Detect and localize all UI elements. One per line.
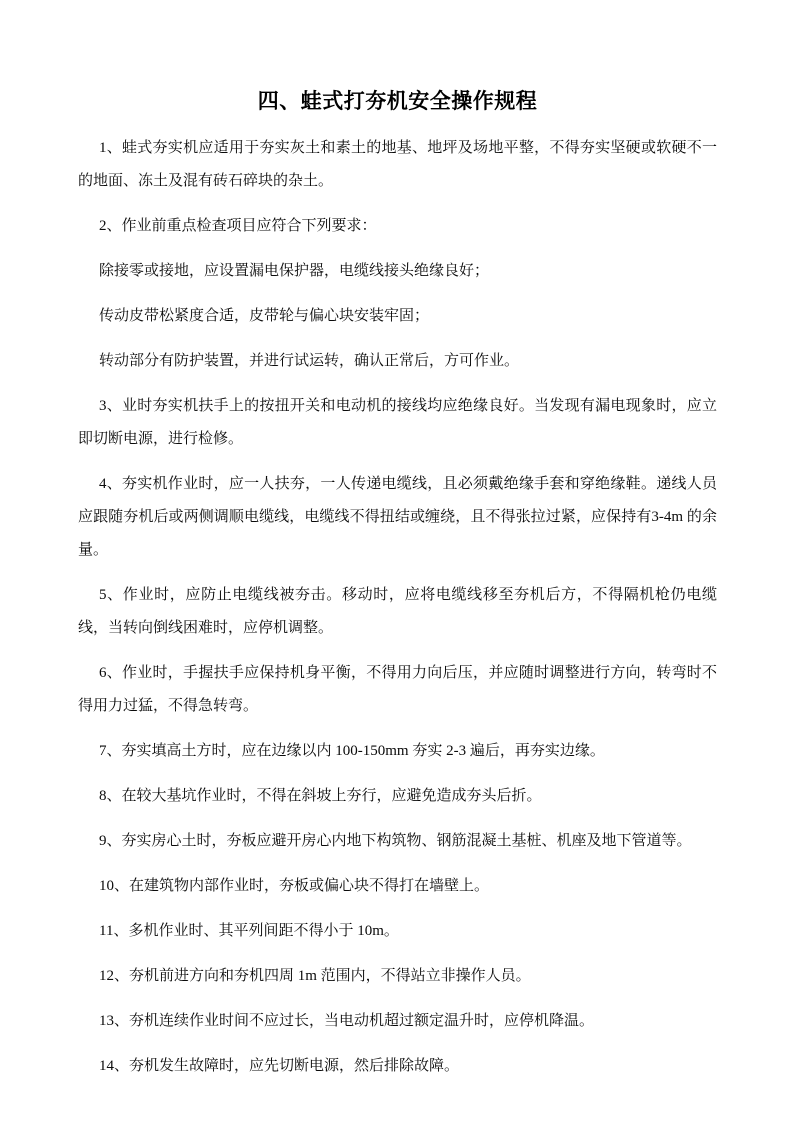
paragraph-item-7: 7、夯实填高土方时，应在边缘以内 100-150mm 夯实 2-3 遍后，再夯实…	[78, 735, 717, 768]
paragraph-item-8: 8、在较大基坑作业时，不得在斜坡上夯行，应避免造成夯头后折。	[78, 780, 717, 813]
paragraph-item-14: 14、夯机发生故障时，应先切断电源，然后排除故障。	[78, 1050, 717, 1083]
document-page: 四、蛙式打夯机安全操作规程 1、蛙式夯实机应适用于夯实灰土和素土的地基、地坪及场…	[0, 0, 793, 1122]
paragraph-item-4: 4、夯实机作业时，应一人扶夯，一人传递电缆线，且必须戴绝缘手套和穿绝缘鞋。递线人…	[78, 468, 717, 567]
paragraph-item-13: 13、夯机连续作业时间不应过长，当电动机超过额定温升时，应停机降温。	[78, 1005, 717, 1038]
paragraph-item-11: 11、多机作业时、其平列间距不得小于 10m。	[78, 915, 717, 948]
paragraph-item-9: 9、夯实房心土时，夯板应避开房心内地下构筑物、钢筋混凝土基桩、机座及地下管道等。	[78, 825, 717, 858]
paragraph-item-6: 6、作业时，手握扶手应保持机身平衡，不得用力向后压，并应随时调整进行方向，转弯时…	[78, 657, 717, 723]
paragraph-check-belt: 传动皮带松紧度合适，皮带轮与偏心块安装牢固；	[78, 300, 717, 333]
page-title: 四、蛙式打夯机安全操作规程	[78, 88, 717, 116]
paragraph-item-10: 10、在建筑物内部作业时，夯板或偏心块不得打在墙壁上。	[78, 870, 717, 903]
paragraph-check-grounding: 除接零或接地，应设置漏电保护器，电缆线接头绝缘良好；	[78, 255, 717, 288]
paragraph-item-3: 3、业时夯实机扶手上的按扭开关和电动机的接线均应绝缘良好。当发现有漏电现象时，应…	[78, 390, 717, 456]
paragraph-item-12: 12、夯机前进方向和夯机四周 1m 范围内，不得站立非操作人员。	[78, 960, 717, 993]
paragraph-item-5: 5、作业时，应防止电缆线被夯击。移动时，应将电缆线移至夯机后方，不得隔机枪仍电缆…	[78, 579, 717, 645]
paragraph-item-1: 1、蛙式夯实机应适用于夯实灰土和素土的地基、地坪及场地平整，不得夯实坚硬或软硬不…	[78, 132, 717, 198]
paragraph-item-2: 2、作业前重点检查项目应符合下列要求：	[78, 210, 717, 243]
paragraph-check-guard: 转动部分有防护装置，并进行试运转，确认正常后，方可作业。	[78, 345, 717, 378]
